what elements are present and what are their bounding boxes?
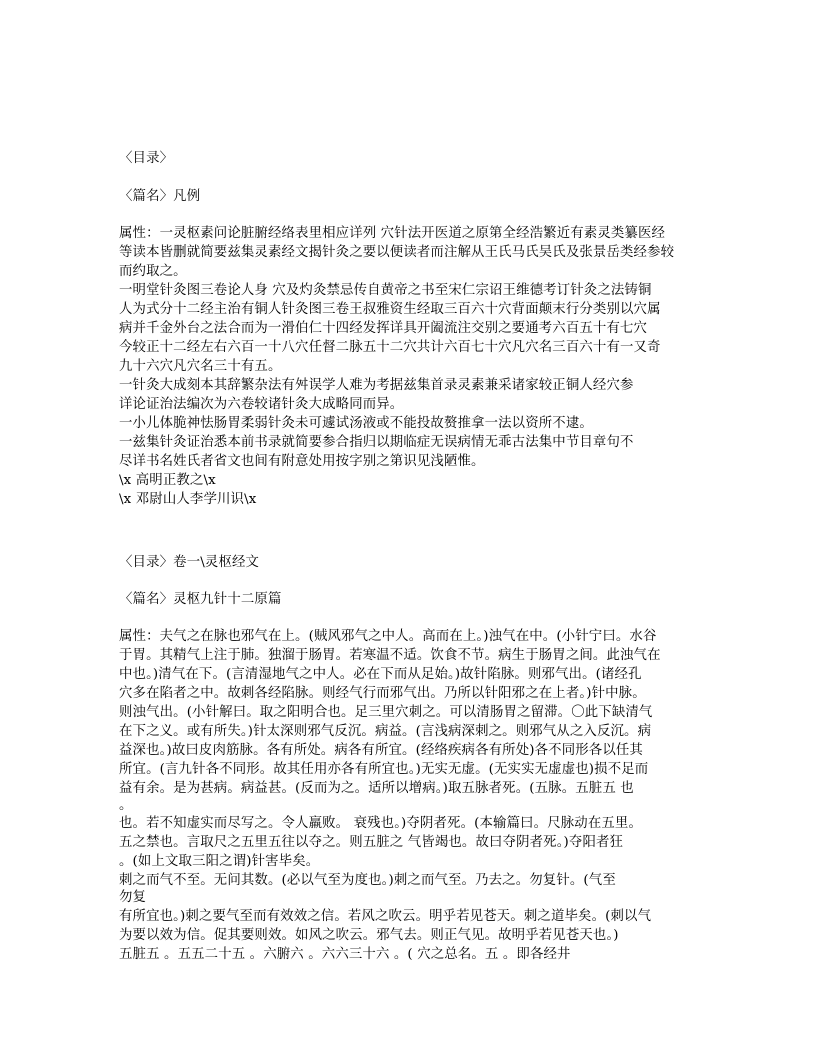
toc-heading: 〈目录〉卷一\灵枢经文 <box>119 554 259 572</box>
text-line: 。 <box>119 797 133 815</box>
text-line: 今较正十二经左右六百一十八穴任督二脉五十二穴共计六百七十穴凡穴名三百六十有一又奇 <box>119 339 661 357</box>
text-line: 也。若不知虚实而尽写之。令人羸败。 衰残也。)夺阴者死。(本输篇曰。尺脉动在五里… <box>119 815 642 833</box>
text-line: 人为式分十二经主治有铜人针灸图三卷王叔雅资生经取三百六十穴背面颠末行分类别以穴属 <box>119 301 661 319</box>
text-line: 中也。)清气在下。(言清湿地气之中人。必在下而从足始。)故针陷脉。则邪气出。(诸… <box>119 666 642 684</box>
text-line: 一小儿体脆神怯肠胃柔弱针灸未可遽试汤液或不能投故赘推拿一法以资所不逮。 <box>119 415 593 433</box>
signature-line: \x 邓尉山人李学川识\x <box>119 491 256 509</box>
text-line: 勿复 <box>119 889 146 907</box>
text-line: 益有余。是为甚病。病益甚。(反而为之。适所以增病。)取五脉者死。(五脉。五脏五 … <box>119 780 634 798</box>
text-line: 五脏五 。五五二十五 。六腑六 。六六三十六 。( 穴之总名。五 。即各经井 <box>119 946 571 964</box>
text-line: 详论证治法编次为六卷较诸针灸大成略同而异。 <box>119 396 403 414</box>
text-line: 一针灸大成刻本其辞繁杂法有舛误学人难为考据兹集首录灵素兼采诸家较正铜人经穴参 <box>119 377 634 395</box>
text-line: 穴多在陷者之中。故刺各经陷脉。则经气行而邪气出。乃所以针阳邪之在上者。)针中脉。 <box>119 685 646 703</box>
text-line: 于胃。其精气上注于肺。独溜于肠胃。若寒温不适。饮食不节。病生于肠胃之间。此浊气在 <box>119 647 661 665</box>
text-line: 而约取之。 <box>119 263 187 281</box>
text-line: 病并千金外台之法合而为一滑伯仁十四经发挥详具开阖流注交别之要通考六百五十有七穴 <box>119 320 647 338</box>
text-line: 刺之而气不至。无问其数。(必以气至为度也。)刺之而气至。乃去之。勿复针。(气至 <box>119 872 616 890</box>
text-line: 有所宜也。)刺之要气至而有效效之信。若风之吹云。明乎若见苍天。刺之道毕矣。(刺以… <box>119 908 651 926</box>
text-line: 所宜。(言九针各不同形。故其任用亦各有所宜也。)无实无虚。(无实实无虚虚也)损不… <box>119 761 648 779</box>
signature-line: \x 高明正教之\x <box>119 472 216 490</box>
text-line: 等读本皆删就简要兹集灵素经文揭针灸之要以便读者而注解从王氏马氏吴氏及张景岳类经参… <box>119 244 674 262</box>
text-line: 属性：夫气之在脉也邪气在上。(贼风邪气之中人。高而在上。)浊气在中。(小针宁曰。… <box>119 628 657 646</box>
text-line: 尽详书名姓氏者省文也间有附意处用按字别之第识见浅陋惟。 <box>119 453 485 471</box>
text-line: 为要以效为信。促其要则效。如风之吹云。邪气去。则正气见。故明乎若见苍天也。) <box>119 927 619 945</box>
text-line: 。(如上文取三阳之谓)针害毕矣。 <box>119 853 319 871</box>
toc-heading: 〈目录〉 <box>119 150 173 168</box>
text-line: 在下之义。或有所失。)针太深则邪气反沉。病益。(言浅病深刺之。则邪气从之入反沉。… <box>119 723 651 741</box>
text-line: 五之禁也。言取尺之五里五往以夺之。则五脏之 气皆竭也。故曰夺阴者死。)夺阳者狂 <box>119 834 623 852</box>
text-line: 一兹集针灸证治悉本前书录就简要参合指归以期临症无误病情无乖古法集中节目章句不 <box>119 434 634 452</box>
text-line: 一明堂针灸图三卷论人身 穴及灼灸禁忌传自黄帝之书至宋仁宗诏王维德考订针灸之法铸铜 <box>119 282 652 300</box>
chapter-title: 〈篇名〉凡例 <box>119 188 200 206</box>
text-line: 则浊气出。(小针解曰。取之阳明合也。足三里穴刺之。可以清肠胃之留滞。〇此下缺清气 <box>119 704 652 722</box>
chapter-title: 〈篇名〉灵枢九针十二原篇 <box>119 591 282 609</box>
text-line: 益深也。)故曰皮肉筋脉。各有所处。病各有所宜。(经络疾病各有所处)各不同形各以任… <box>119 742 643 760</box>
text-line: 属性：一灵枢素问论脏腑经络表里相应详列 穴针法开医道之原第全经浩繁近有素灵类纂医… <box>119 225 665 243</box>
text-line: 九十六穴凡穴名三十有五。 <box>119 358 282 376</box>
